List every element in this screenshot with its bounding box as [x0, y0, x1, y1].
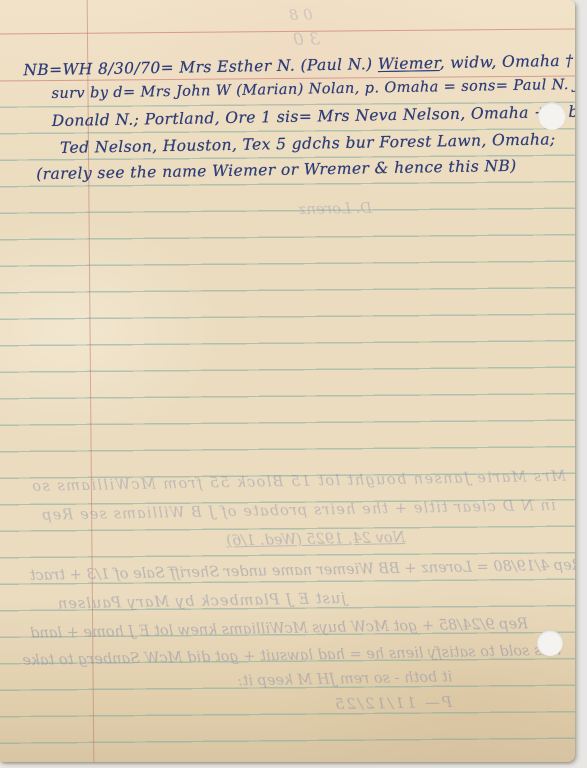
notebook-paper: 0 8 3 0 D. Lorenz Mrs Marie Jansen bough… — [0, 0, 575, 762]
scanned-page: 0 8 3 0 D. Lorenz Mrs Marie Jansen bough… — [0, 0, 587, 768]
hole-punch-top — [538, 102, 566, 130]
bleedthrough-line: 3 0 — [293, 30, 320, 51]
bleedthrough-line: D. Lorenz — [298, 199, 372, 218]
note-line-1: NB=WH 8/30/70= Mrs Esther N. (Paul N.) W… — [23, 48, 575, 79]
bleedthrough-line: 0 8 — [289, 6, 313, 24]
hole-punch-bottom — [537, 630, 563, 656]
bleedthrough-line: P— 11/12/25 — [333, 693, 453, 713]
bleedthrough-line: Nov 24, 1925 (Wed. 1/6) — [226, 530, 405, 549]
ruling-layer: 0 8 3 0 D. Lorenz Mrs Marie Jansen bough… — [0, 0, 575, 762]
note-line-1-pre: NB=WH 8/30/70= Mrs Esther N. (Paul N.) — [23, 55, 378, 79]
note-line-1-mid: , widw, Omaha † c — [439, 51, 575, 72]
surname-wiemer-underlined: Wiemer — [378, 54, 440, 73]
